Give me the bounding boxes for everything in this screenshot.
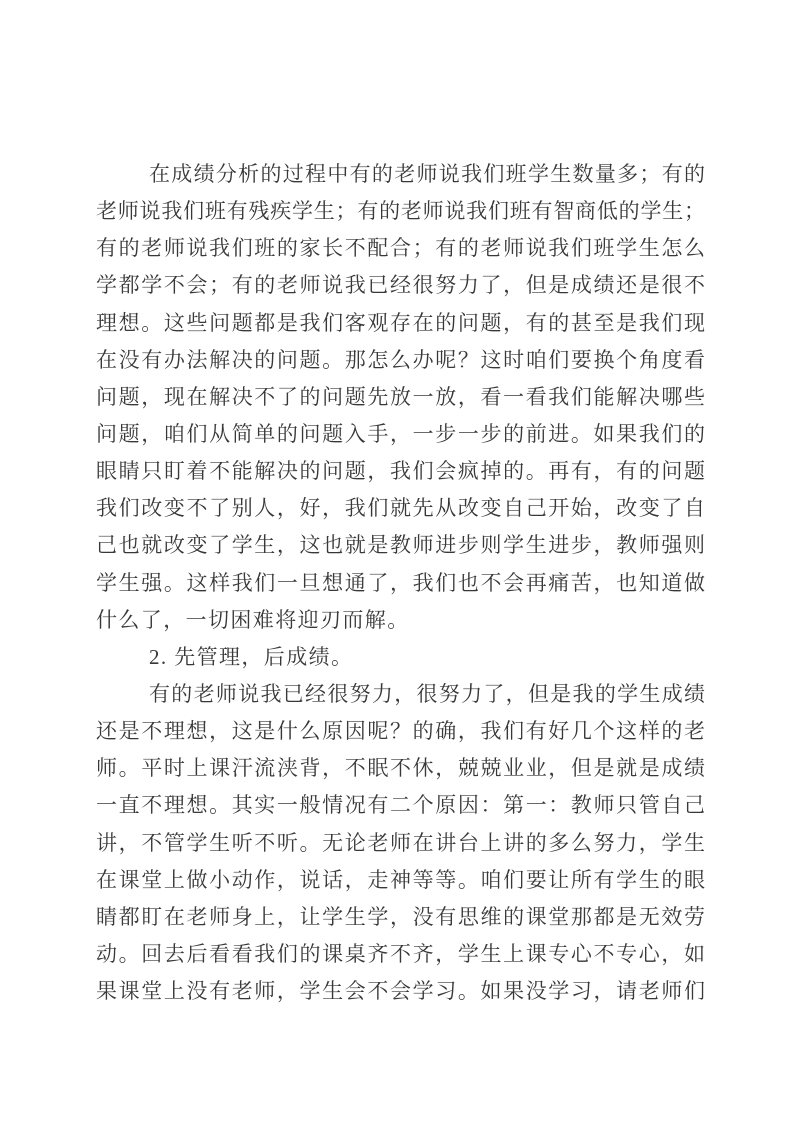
text-line: 有的老师说我们班的家长不配合；有的老师说我们班学生怎么 (96, 230, 705, 267)
text-line: 在课堂上做小动作，说话，走神等等。咱们要让所有学生的眼 (96, 862, 705, 899)
text-line: 学生强。这样我们一旦想通了，我们也不会再痛苦，也知道做 (96, 565, 705, 602)
text-line: 还是不理想，这是什么原因呢？的确，我们有好几个这样的老 (96, 713, 705, 750)
text-line: 师。平时上课汗流浃背，不眠不休，兢兢业业，但是就是成绩 (96, 750, 705, 787)
text-line: 学都学不会；有的老师说我已经很努力了，但是成绩还是很不 (96, 267, 705, 304)
document-body: 在成绩分析的过程中有的老师说我们班学生数量多；有的 老师说我们班有残疾学生；有的… (96, 156, 705, 1010)
text-line section-item: 2. 先管理，后成绩。 (96, 639, 705, 676)
text-line: 眼睛只盯着不能解决的问题，我们会疯掉的。再有，有的问题 (96, 453, 705, 490)
text-line: 睛都盯在老师身上，让学生学，没有思维的课堂那都是无效劳 (96, 899, 705, 936)
text-line: 讲，不管学生听不听。无论老师在讲台上讲的多么努力，学生 (96, 825, 705, 862)
text-line: 动。回去后看看我们的课桌齐不齐，学生上课专心不专心，如 (96, 936, 705, 973)
text-line: 一直不理想。其实一般情况有二个原因：第一：教师只管自己 (96, 787, 705, 824)
text-line: 老师说我们班有残疾学生；有的老师说我们班有智商低的学生； (96, 193, 705, 230)
document-page: 在成绩分析的过程中有的老师说我们班学生数量多；有的 老师说我们班有残疾学生；有的… (0, 0, 793, 1122)
text-line: 问题，咱们从简单的问题入手，一步一步的前进。如果我们的 (96, 416, 705, 453)
text-line paragraph-end: 什么了，一切困难将迎刃而解。 (96, 602, 705, 639)
text-line: 有的老师说我已经很努力，很努力了，但是我的学生成绩 (96, 676, 705, 713)
text-line: 在成绩分析的过程中有的老师说我们班学生数量多；有的 (96, 156, 705, 193)
text-line: 果课堂上没有老师，学生会不会学习。如果没学习，请老师们 (96, 973, 705, 1010)
text-line: 问题，现在解决不了的问题先放一放，看一看我们能解决哪些 (96, 379, 705, 416)
text-line: 理想。这些问题都是我们客观存在的问题，有的甚至是我们现 (96, 305, 705, 342)
text-line: 己也就改变了学生，这也就是教师进步则学生进步，教师强则 (96, 527, 705, 564)
text-line: 我们改变不了别人，好，我们就先从改变自己开始，改变了自 (96, 490, 705, 527)
text-line: 在没有办法解决的问题。那怎么办呢？这时咱们要换个角度看 (96, 342, 705, 379)
